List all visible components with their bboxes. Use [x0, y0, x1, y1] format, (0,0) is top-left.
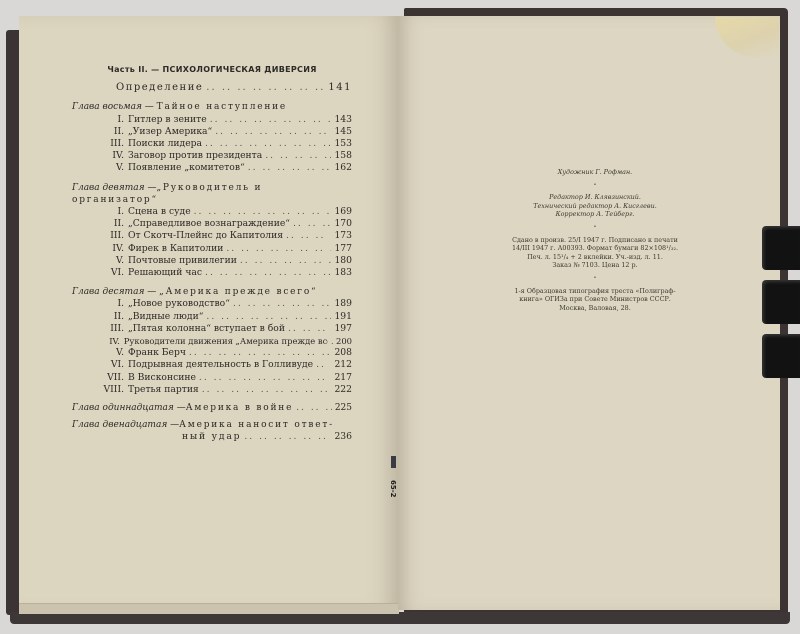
toc-entry: II.„Справедливое вознаграждение“170 [72, 218, 352, 230]
press-info-line: Москва, Валовая, 28. [470, 304, 720, 313]
toc-definition: Определение141 [72, 82, 352, 94]
toc-entry: IV.Заговор против президента158 [72, 150, 352, 162]
print-info-line: Заказ № 7103. Цена 12 р. [470, 261, 720, 270]
binder-clip-top [762, 226, 800, 270]
print-info-line: Сдано в произв. 25/I 1947 г. Подписано к… [470, 236, 720, 245]
toc-entry: VIII.Третья партия222 [72, 384, 352, 396]
book-cover-left-edge [6, 30, 20, 615]
toc-entry: I.Гитлер в зените143 [72, 114, 352, 126]
chapter-10-heading: Глава десятая — „Америка прежде всего“ [72, 286, 352, 298]
toc-entry: IV.Фирек в Капитолии177 [72, 243, 352, 255]
toc-entry: V.Почтовые привилегии180 [72, 255, 352, 267]
print-info-line: 14/III 1947 г. А00393. Формат бумаги 82×… [470, 244, 720, 253]
binder-clip-bottom [762, 334, 800, 378]
toc-entry: VII.В Висконсине217 [72, 372, 352, 384]
chapter-9-heading: Глава девятая —„Руководитель и организат… [72, 182, 352, 206]
press-info-line: книга» ОГИЗа при Совете Министров СССР. [470, 295, 720, 304]
gutter-thread-mark [391, 456, 396, 468]
chapter-12-heading: Глава двенадцатая —Америка наносит ответ… [72, 419, 352, 431]
toc-entry: V.Появление „комитетов“162 [72, 162, 352, 174]
toc-entry: III.Поиски лидера153 [72, 138, 352, 150]
part-title: Часть II. — ПСИХОЛОГИЧЕСКАЯ ДИВЕРСИЯ [72, 64, 352, 76]
toc-entry: I.„Новое руководство“189 [72, 298, 352, 310]
tech-editor-credit: Технический редактор А. Кисглеви. [470, 202, 720, 211]
toc-entry: IV.Руководители движения „Америка прежде… [72, 335, 352, 347]
chapter-8-heading: Глава восьмая — Тайное наступление [72, 101, 352, 113]
toc-entry: VI.Решающий час183 [72, 267, 352, 279]
table-of-contents: Часть II. — ПСИХОЛОГИЧЕСКАЯ ДИВЕРСИЯ Опр… [72, 64, 352, 444]
editor-credit: Редактор И. Клявзинский. [470, 193, 720, 202]
press-info-line: 1-я Образцовая типография треста «Полигр… [470, 287, 720, 296]
chapter-11-entry: Глава одиннадцатая —Америка в войне225 [72, 402, 352, 414]
toc-entry: III.От Скотч-Плейнс до Капитолия173 [72, 230, 352, 242]
toc-entry: V.Франк Берч208 [72, 347, 352, 359]
corrector-credit: Корректор А. Тейберг. [470, 210, 720, 219]
chapter-12-entry: ный удар236 [72, 431, 352, 443]
toc-entry: III.„Пятая колонна“ вступает в бой197 [72, 323, 352, 335]
toc-entry: II.„Видные люди“191 [72, 311, 352, 323]
colophon: Художник Г. Рофман. • Редактор И. Клявзи… [470, 168, 720, 312]
artist-credit: Художник Г. Рофман. [470, 168, 720, 177]
signature-mark: 65-2 [389, 480, 397, 498]
binder-clip-middle [762, 280, 800, 324]
left-page-stack-edge [19, 603, 399, 614]
toc-entry: II.„Уизер Америка“145 [72, 126, 352, 138]
toc-entry: VI.Подрывная деятельность в Голливуде212 [72, 359, 352, 371]
right-page [398, 16, 780, 610]
print-info-line: Печ. л. 15¹/₄ + 2 вклейки. Уч.-изд. л. 1… [470, 253, 720, 262]
toc-entry: I.Сцена в суде169 [72, 206, 352, 218]
